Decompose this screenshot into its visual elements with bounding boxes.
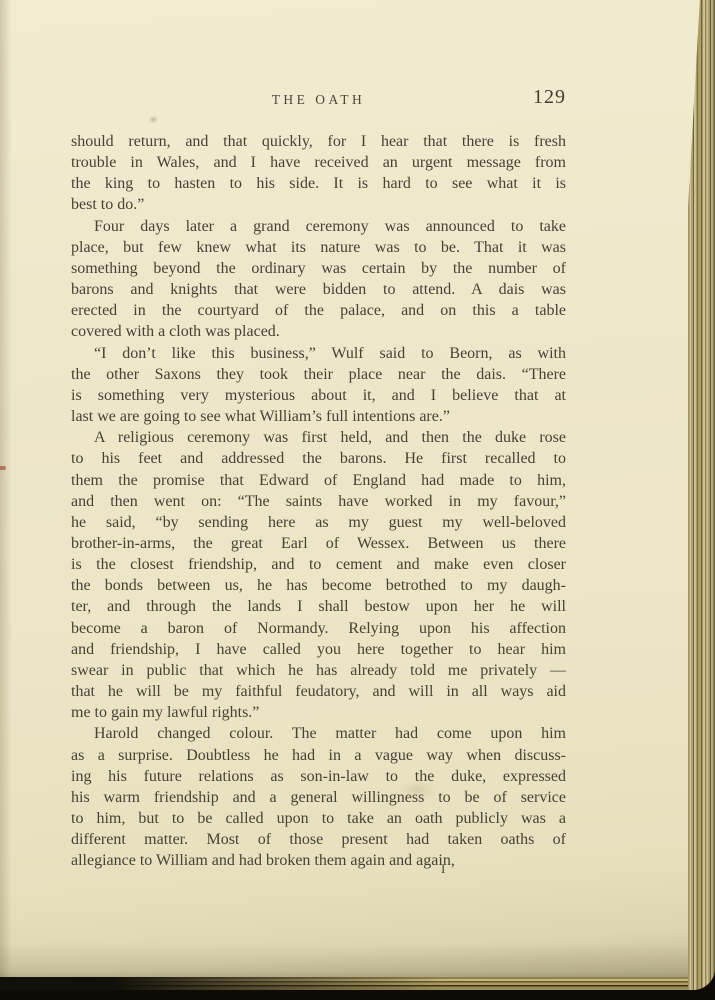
gutter-shadow	[0, 0, 12, 990]
book-page: THE OATH 129 should return, and that qui…	[0, 0, 715, 990]
text-line: covered with a cloth was placed.	[71, 321, 566, 342]
text-line: ing his future relations as son-in-law t…	[71, 766, 566, 787]
fore-edge-page-stack	[688, 0, 715, 990]
text-line: something beyond the ordinary was certai…	[71, 258, 566, 279]
page-number: 129	[533, 86, 566, 109]
text-line: the bonds between us, he has become betr…	[71, 575, 566, 596]
paragraph: should return, and that quickly, for I h…	[71, 131, 566, 216]
text-line: and friendship, I have called you here t…	[71, 639, 566, 660]
text-line: “I don’t like this business,” Wulf said …	[71, 343, 566, 364]
text-line: erected in the courtyard of the palace, …	[71, 300, 566, 321]
text-line: the king to hasten to his side. It is ha…	[71, 173, 566, 194]
book-scan: THE OATH 129 should return, and that qui…	[0, 0, 715, 1000]
text-line: Harold changed colour. The matter had co…	[71, 723, 566, 744]
text-line: different matter. Most of those present …	[71, 829, 566, 850]
paper-stain	[147, 114, 160, 125]
text-line: his warm friendship and a general willin…	[71, 787, 566, 808]
paragraph: Four days later a grand ceremony was ann…	[71, 216, 566, 343]
text-line: me to gain my lawful rights.”	[71, 702, 566, 723]
text-line: A religious ceremony was first held, and…	[71, 427, 566, 448]
text-line: and then went on: “The saints have worke…	[71, 491, 566, 512]
text-line: last we are going to see what William’s …	[71, 406, 566, 427]
text-line: should return, and that quickly, for I h…	[71, 131, 566, 152]
paper-stain	[392, 776, 444, 804]
text-line: swear in public that which he has alread…	[71, 660, 566, 681]
text-line: place, but few knew what its nature was …	[71, 237, 566, 258]
text-line: as a surprise. Doubtless he had in a vag…	[71, 745, 566, 766]
text-line: trouble in Wales, and I have received an…	[71, 152, 566, 173]
text-line: is something very mysterious about it, a…	[71, 385, 566, 406]
text-line: he said, “by sending here as my guest my…	[71, 512, 566, 533]
text-line: brother-in-arms, the great Earl of Wesse…	[71, 533, 566, 554]
text-line: them the promise that Edward of England …	[71, 470, 566, 491]
paragraph: Harold changed colour. The matter had co…	[71, 723, 566, 871]
text-line: become a baron of Normandy. Relying upon…	[71, 618, 566, 639]
running-title: THE OATH	[71, 92, 566, 108]
paragraph: “I don’t like this business,” Wulf said …	[71, 343, 566, 428]
text-line: ter, and through the lands I shall besto…	[71, 596, 566, 617]
page-text: should return, and that quickly, for I h…	[71, 131, 566, 871]
text-line: that he will be my faithful feudatory, a…	[71, 681, 566, 702]
text-line: Four days later a grand ceremony was ann…	[71, 216, 566, 237]
page-header: THE OATH 129	[71, 92, 566, 108]
text-line: allegiance to William and had broken the…	[71, 850, 566, 871]
signature-mark: I	[441, 861, 445, 877]
paragraph: A religious ceremony was first held, and…	[71, 427, 566, 723]
text-line: barons and knights that were bidden to a…	[71, 279, 566, 300]
paper-mark	[0, 466, 6, 470]
text-line: to his feet and addressed the barons. He…	[71, 448, 566, 469]
text-line: to him, but to be called upon to take an…	[71, 808, 566, 829]
bottom-page-edges	[0, 977, 715, 990]
text-line: the other Saxons they took their place n…	[71, 364, 566, 385]
text-line: best to do.”	[71, 194, 566, 215]
text-line: is the closest friendship, and to cement…	[71, 554, 566, 575]
